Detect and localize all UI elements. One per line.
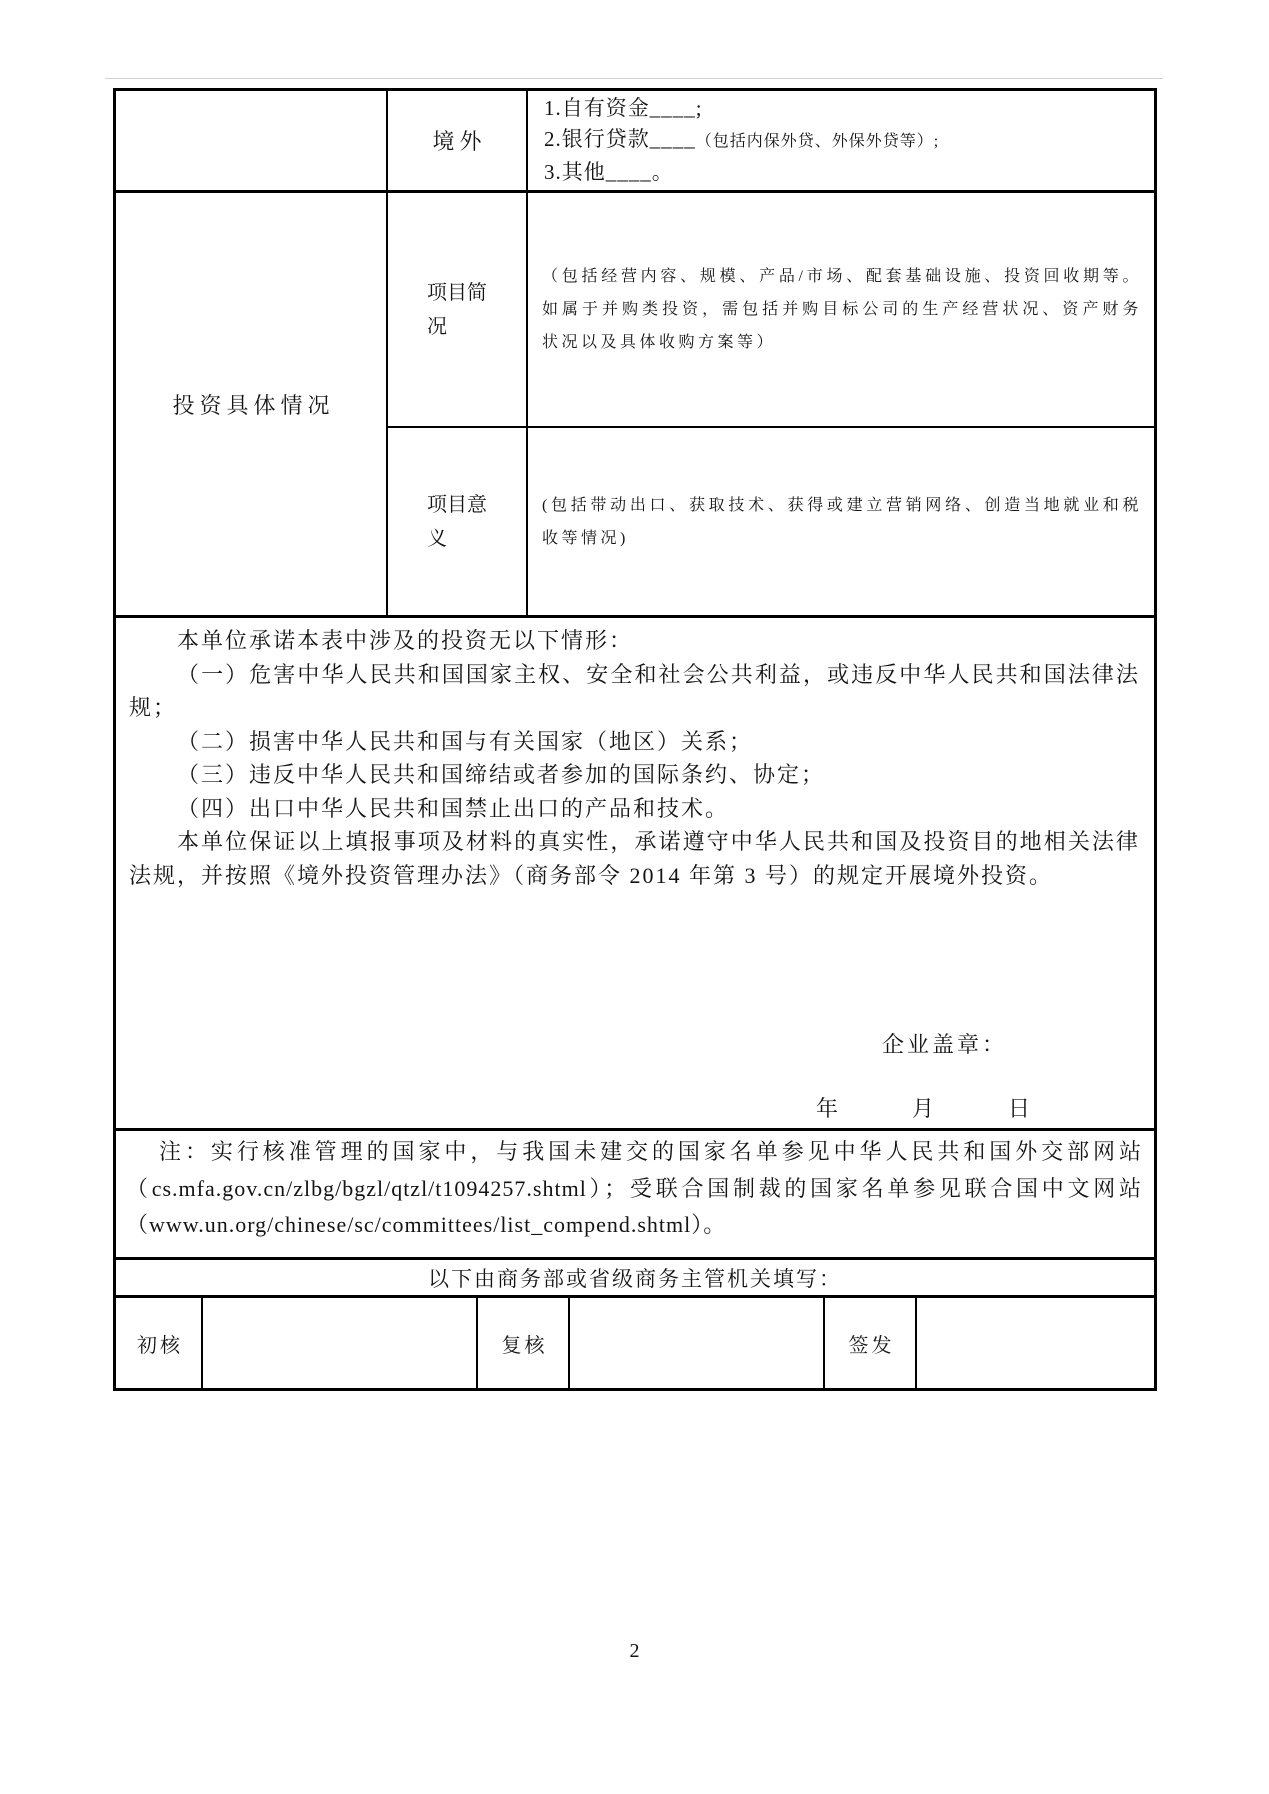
scan-artifact-line [105,78,1163,79]
funding-item-bank-loan: 2.银行贷款____（包括内保外贷、外保外贷等）; [544,124,1154,157]
overseas-funding-items-cell: 1.自有资金____; 2.银行贷款____（包括内保外贷、外保外贷等）; 3.… [526,91,1154,190]
note-section: 注：实行核准管理的国家中，与我国未建交的国家名单参见中华人民共和国外交部网站（c… [116,1128,1154,1257]
authority-fill-header: 以下由商务部或省级商务主管机关填写： [428,1263,842,1293]
second-review-label-cell: 复核 [476,1298,568,1388]
funding-left-empty-cell [116,91,386,190]
upper-grid-section: 境外 1.自有资金____; 2.银行贷款____（包括内保外贷、外保外贷等）;… [116,91,1154,615]
commitment-intro: 本单位承诺本表中涉及的投资无以下情形： [129,624,1140,658]
project-brief-content-cell[interactable]: （包括经营内容、规模、产品/市场、配套基础设施、投资回收期等。如属于并购类投资，… [526,190,1154,426]
first-review-label: 初核 [134,1329,183,1358]
funding-items-list: 1.自有资金____; 2.银行贷款____（包括内保外贷、外保外贷等）; 3.… [528,91,1154,190]
date-blank-line: 年 月 日 [816,1092,1032,1126]
project-brief-note: （包括经营内容、规模、产品/市场、配套基础设施、投资回收期等。如属于并购类投资，… [528,193,1154,426]
authority-fill-header-row: 以下由商务部或省级商务主管机关填写： [116,1257,1154,1295]
review-row: 初核 复核 签发 [116,1295,1154,1388]
commitment-item-4: （四）出口中华人民共和国禁止出口的产品和技术。 [129,792,1140,826]
investment-details-label: 投资具体情况 [167,389,334,420]
project-significance-content-cell[interactable]: (包括带动出口、获取技术、获得或建立营销网络、创造当地就业和税收等情况) [526,426,1154,615]
issue-value-cell[interactable] [915,1298,1154,1388]
second-review-label: 复核 [499,1329,548,1358]
first-review-label-cell: 初核 [116,1298,201,1388]
commitment-section: 本单位承诺本表中涉及的投资无以下情形： （一）危害中华人民共和国国家主权、安全和… [116,615,1154,1128]
commitment-item-1: （一）危害中华人民共和国国家主权、安全和社会公共利益，或违反中华人民共和国法律法… [129,658,1140,725]
bank-loan-text: 2.银行贷款____ [544,127,696,151]
commitment-item-2: （二）损害中华人民共和国与有关国家（地区）关系； [129,725,1140,759]
document-page: { "page": { "number": "2" }, "funding_ro… [0,0,1269,1794]
first-review-value-cell[interactable] [201,1298,476,1388]
bank-loan-parenthetical-note: （包括内保外贷、外保外贷等）; [696,133,939,150]
funding-item-other: 3.其他____。 [544,157,1154,188]
commitment-pledge: 本单位保证以上填报事项及材料的真实性，承诺遵守中华人民共和国及投资目的地相关法律… [129,825,1140,892]
investment-form-table: 境外 1.自有资金____; 2.银行贷款____（包括内保外贷、外保外贷等）;… [113,88,1157,1391]
project-brief-label-cell: 项目简况 [386,190,526,426]
project-significance-note: (包括带动出口、获取技术、获得或建立营销网络、创造当地就业和税收等情况) [528,428,1154,615]
overseas-funding-label: 境外 [427,125,486,156]
issue-label: 签发 [846,1329,895,1358]
second-review-value-cell[interactable] [568,1298,823,1388]
company-seal-label: 企业盖章： [882,1028,1007,1062]
note-text: 注：实行核准管理的国家中，与我国未建交的国家名单参见中华人民共和国外交部网站（c… [126,1134,1142,1244]
funding-item-own-funds: 1.自有资金____; [544,93,1154,124]
page-number: 2 [0,1640,1269,1663]
project-significance-label: 项目意义 [427,488,487,556]
overseas-funding-label-cell: 境外 [386,91,526,190]
project-brief-label: 项目简况 [427,276,487,344]
issue-label-cell: 签发 [823,1298,915,1388]
project-significance-label-cell: 项目意义 [386,426,526,615]
commitment-item-3: （三）违反中华人民共和国缔结或者参加的国际条约、协定； [129,758,1140,792]
investment-details-label-cell: 投资具体情况 [116,190,386,615]
